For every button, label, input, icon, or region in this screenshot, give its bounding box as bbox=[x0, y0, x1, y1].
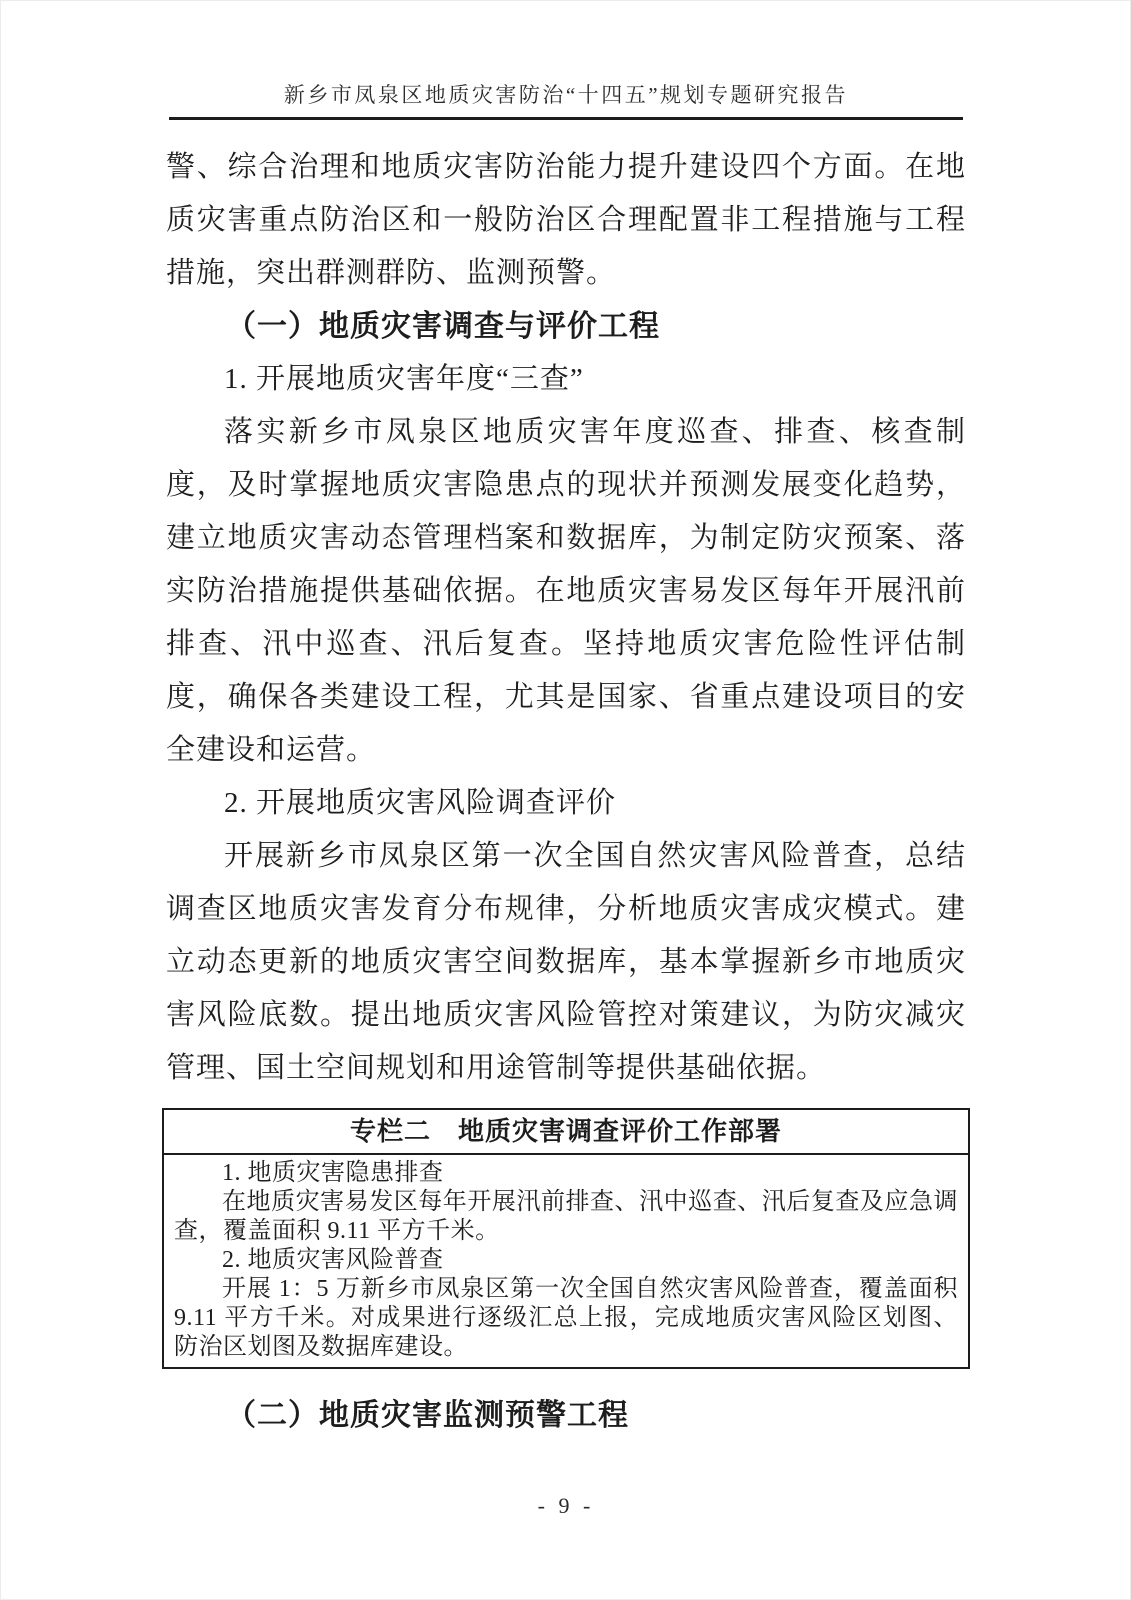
document-page: 新乡市凤泉区地质灾害防治“十四五”规划专题研究报告 警、综合治理和地质灾害防治能… bbox=[0, 0, 1131, 1600]
panel-item-2-heading: 2. 地质灾害风险普查 bbox=[174, 1246, 958, 1275]
subsection-1-1-heading: 1. 开展地质灾害年度“三查” bbox=[166, 353, 966, 406]
panel-item-1-text: 在地质灾害易发区每年开展汛前排查、汛中巡查、汛后复查及应急调查，覆盖面积 9.1… bbox=[174, 1188, 958, 1246]
panel-item-1-heading: 1. 地质灾害隐患排查 bbox=[174, 1159, 958, 1188]
section-1-heading: （一）地质灾害调查与评价工程 bbox=[166, 300, 966, 353]
column-panel-box: 专栏二 地质灾害调查评价工作部署 1. 地质灾害隐患排查 在地质灾害易发区每年开… bbox=[162, 1108, 970, 1369]
subsection-1-2-heading: 2. 开展地质灾害风险调查评价 bbox=[166, 777, 966, 830]
intro-paragraph: 警、综合治理和地质灾害防治能力提升建设四个方面。在地质灾害重点防治区和一般防治区… bbox=[166, 141, 966, 300]
panel-title: 专栏二 地质灾害调查评价工作部署 bbox=[164, 1110, 968, 1155]
subsection-1-2-paragraph: 开展新乡市凤泉区第一次全国自然灾害风险普查，总结调查区地质灾害发育分布规律，分析… bbox=[166, 830, 966, 1095]
subsection-1-1-paragraph: 落实新乡市凤泉区地质灾害年度巡查、排查、核查制度，及时掌握地质灾害隐患点的现状并… bbox=[166, 406, 966, 777]
panel-body: 1. 地质灾害隐患排查 在地质灾害易发区每年开展汛前排查、汛中巡查、汛后复查及应… bbox=[164, 1155, 968, 1367]
page-number: - 9 - bbox=[166, 1493, 966, 1519]
page-body: 警、综合治理和地质灾害防治能力提升建设四个方面。在地质灾害重点防治区和一般防治区… bbox=[166, 141, 966, 1442]
running-header-title: 新乡市凤泉区地质灾害防治“十四五”规划专题研究报告 bbox=[169, 79, 963, 120]
panel-item-2-text: 开展 1：5 万新乡市凤泉区第一次全国自然灾害风险普查，覆盖面积 9.11 平方… bbox=[174, 1275, 958, 1362]
section-2-heading: （二）地质灾害监测预警工程 bbox=[166, 1389, 966, 1442]
